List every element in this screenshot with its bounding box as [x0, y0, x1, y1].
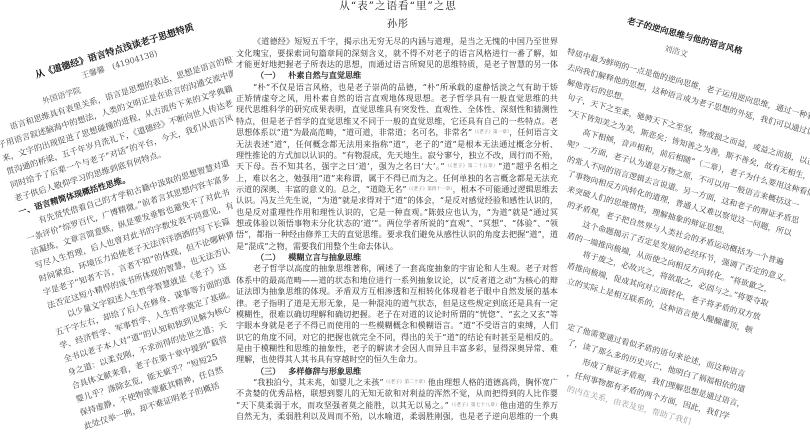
paragraph-line: 理解，也使得其人其书具有穿越时空的恒久生命力。: [236, 354, 558, 365]
paragraph-line: 老子哲学以高度的抽象思维著称，阐述了一套高度抽象的宇宙论和人生观。老子对哲学: [236, 263, 558, 274]
line-text: 理性推论的方式加以认识的。“有物混成，先天地生。寂兮寥兮，独立不改，周行而不殆，…: [236, 150, 558, 161]
paragraph-line: 是“混成”之物，需要我们用整个生命去体认。: [236, 241, 558, 252]
section-title: 朴素自然与直觉思维: [288, 70, 361, 80]
paragraph-line: 文化瑰宝，要探索词句篇章间的深刻含义，就不得不对老子的语言风格进行一番了解，如此: [236, 48, 558, 59]
paragraph-line: 天下母。吾不知其名，强字之曰‘道’，强为之名曰‘大’。”（《老子》第二十五章）“…: [236, 161, 558, 172]
paragraph-line: 上，难以名之，勉强用“道”来称谓，属于不得已而为之。任何单独的名言概念都是无法充…: [236, 173, 558, 184]
section-heading: （三）多样修辞与形象思维: [236, 366, 558, 377]
paragraph-line: 也是反对重理性作用和理性认识的，它是一种直观。”陈鼓应也认为，“为道”就是“通过…: [236, 207, 558, 218]
line-text: 不贪婪的优秀品格，联想到婴儿的无知无欲和对利益的浑然不觉，从而把得到的人比作婴孩…: [236, 388, 558, 399]
paragraph-line: 想或体验以领悟事物未分化状态的‘道’”。两位学者所说的“直观”、“冥想”、“体验…: [236, 218, 558, 229]
paragraph-line: 特点，但是老子哲学的直觉思维又不同于一般的直觉思维，它还具有自己的一些特点。老子: [236, 116, 558, 127]
line-text: “天下莫柔弱于水，而攻坚强者莫之能胜，以其无以易之。”: [236, 400, 449, 410]
line-text: 律。老子指明了道是无形无象，是一种混沌的道气状态，但是这些规定到底还是具有一定的: [236, 298, 558, 309]
paragraph-line: 示道的深奥、丰富的意义的。总之，“道隐无名”（《老子》第四十一章），根本不可能通…: [236, 184, 558, 195]
paragraph-line: “朴”不仅是语言风格，也是老子崇尚的品德，“朴”所承载的虚静恬淡之气有助于矫: [236, 82, 558, 93]
paragraph-line: 《道德经》短短五千字，揭示出无穷无尽的内涵与道理，是当之无愧的中国乃至世界的: [236, 36, 558, 47]
section-number: （三）: [256, 366, 280, 376]
center-doc-title: 从“表”之语看“里”之思: [233, 0, 563, 12]
paragraph-line: 自然无为，柔弱胜利以及周而不殆，以水喻道，柔弱胜刚强，也是老子逆向思维的一个典型: [236, 411, 558, 422]
section-heading: （一）朴素自然与直觉思维: [236, 70, 558, 81]
paragraph-line: 无法表述“道”，任何概念都无法用来指称“道”，老子的“道”是根本无法通过概念分析…: [236, 139, 558, 150]
paragraph-line: 理性推论的方式加以认识的。“有物混成，先天地生。寂兮寥兮，独立不改，周行而不殆，…: [236, 150, 558, 161]
line-text: 特点，但是老子哲学的直觉思维又不同于一般的直觉思维，它还具有自己的一些特点。老子: [236, 116, 558, 127]
paragraph-line: 律。老子指明了道是无形无象，是一种混沌的道气状态，但是这些规定到底还是具有一定的: [236, 298, 558, 309]
section-number: （一）: [256, 70, 280, 80]
line-text: “我独泊兮，其未兆，如婴儿之未孩”: [253, 377, 384, 387]
line-text: 识它的角度不同，对它的把握也就完全不同，得出的关于“道”的结论有时甚至是相反的。…: [236, 332, 558, 343]
paragraph-line: “天下莫柔弱于水，而攻坚强者莫之能胜，以其无以易之。”（《老子》第七十八章）他由…: [236, 400, 558, 411]
line-text: 示道的深奥、丰富的意义的。总之，“道隐无名”: [236, 184, 406, 194]
citation: （《老子》第二十五章）: [445, 164, 499, 169]
line-text: 悟”，都指一种经由修养工夫的直觉思维。要求我们避免从感性认识的角度去把握“道”，…: [236, 229, 558, 239]
line-text: “道”超乎名相之: [498, 161, 558, 171]
line-text: 也是反对重理性作用和理性认识的，它是一种直观。”陈鼓应也认为，“为道”就是“通过…: [236, 207, 558, 217]
line-text: 老子哲学以高度的抽象思维著称，阐述了一套高度抽象的宇宙论和人生观。老子对哲学: [253, 263, 558, 274]
line-text: 才能更好地把握老子所表达的思想，而通过语言所窥见的思维特质，是老子智慧的另一体现…: [236, 59, 558, 70]
line-text: “朴”不仅是语言风格，也是老子崇尚的品德，“朴”所承载的虚静恬淡之气有助于矫: [253, 82, 558, 92]
paragraph-line: 思想体系以“道”为最高范畴，“道可道，非常道；名可名，非常名”（《老子》第一章）…: [236, 127, 558, 138]
right-doc-author: 刘浩文: [662, 42, 689, 62]
paragraph-line: 识它的角度不同，对它的把握也就完全不同，得出的关于“道”的结论有时甚至是相反的。…: [236, 332, 558, 343]
paragraph-line: 现代思维科学的研究成果表明，直觉思维具有突发性、直观性、全体性、深刻性和猜测性等: [236, 104, 558, 115]
line-text: 天下母。吾不知其名，强字之曰‘道’，强为之名曰‘大’。”: [236, 161, 445, 171]
paragraph-line: 悟”，都指一种经由修养工夫的直觉思维。要求我们避免从感性认识的角度去把握“道”，…: [236, 229, 558, 240]
line-text: 自然无为，柔弱胜利以及周而不殆，以水喻道，柔弱胜刚强，也是老子逆向思维的一个典型: [236, 411, 558, 422]
paragraph-line: “我独泊兮，其未兆，如婴儿之未孩”（《老子》第二十章）他由理想人格的道德高尚，胸…: [236, 377, 558, 388]
citation: （《老子》第一章）: [472, 130, 509, 135]
paragraph-line: 模糊性，很难以确切理解和确切把握。老子在对道的议论时所谓的“恍惚”、“玄之又玄”…: [236, 309, 558, 320]
citation: （《老子》第四十一章）: [406, 187, 452, 192]
paragraph-line: 才能更好地把握老子所表达的思想，而通过语言所窥见的思维特质，是老子智慧的另一体现…: [236, 59, 558, 70]
citation: （《老子》第二十章）: [384, 380, 428, 385]
line-text: 是由于模糊性和思维的抽象性，老子的解读才会因人而异且丰富多彩，显得深奥异常、难以: [236, 343, 558, 354]
center-document: 从“表”之语看“里”之思 孙彤 《道德经》短短五千字，揭示出无穷无尽的内涵与道理…: [233, 0, 563, 443]
section-title: 模糊立言与抽象思维: [288, 252, 361, 262]
line-text: 是“混成”之物，需要我们用整个生命去体认。: [236, 241, 398, 251]
line-text: 思想体系以“道”为最高范畴，“道可道，非常道；名可名，非常名”: [236, 127, 472, 137]
center-doc-author: 孙彤: [233, 19, 563, 31]
paragraph-line: 字眼本身就是老子不得已而使用的一些模糊概念和模糊语言。“道”不受语言的束缚，人们…: [236, 320, 558, 331]
line-text: 字眼本身就是老子不得已而使用的一些模糊概念和模糊语言。“道”不受语言的束缚，人们…: [236, 320, 558, 331]
section-number: （二）: [256, 252, 280, 262]
line-text: 理解，也使得其人其书具有穿越时空的恒久生命力。: [236, 354, 422, 364]
line-text: 模糊性，很难以确切理解和确切把握。老子在对道的议论时所谓的“恍惚”、“玄之又玄”…: [236, 309, 558, 319]
line-text: 正矫情虚夸之风，用朴素自然的语言直观地体现思想。老子哲学具有一般直觉思维的共性，: [236, 93, 558, 104]
line-text: 现代思维科学的研究成果表明，直觉思维具有突发性、直观性、全体性、深刻性和猜测性等: [236, 104, 558, 115]
line-text: 想或体验以领悟事物未分化状态的‘道’”。两位学者所说的“直观”、“冥想”、“体验…: [236, 218, 558, 228]
paragraph-line: 正矫情虚夸之风，用朴素自然的语言直观地体现思想。老子哲学具有一般直觉思维的共性，: [236, 93, 558, 104]
center-doc-body: 《道德经》短短五千字，揭示出无穷无尽的内涵与道理，是当之无愧的中国乃至世界的文化…: [236, 36, 558, 422]
section-heading: （二）模糊立言与抽象思维: [236, 252, 558, 263]
paragraph-line: 证法即为抽象思维的体现。矛盾双方互相渗透和互相转化体现着老子眼中自然发展的基本规: [236, 286, 558, 297]
line-text: 无法表述“道”，任何概念都无法用来指称“道”，老子的“道”是根本无法通过概念分析…: [236, 139, 558, 149]
line-text: 上，难以名之，勉强用“道”来称谓，属于不得已而为之。任何单独的名言概念都是无法充…: [236, 173, 558, 184]
line-text: 文化瑰宝，要探索词句篇章间的深刻含义，就不得不对老子的语言风格进行一番了解，如此: [236, 48, 558, 59]
paragraph-line: 不贪婪的优秀品格，联想到婴儿的无知无欲和对利益的浑然不觉，从而把得到的人比作婴孩…: [236, 388, 558, 399]
line-text: 证法即为抽象思维的体现。矛盾双方互相渗透和互相转化体现着老子眼中自然发展的基本规: [236, 286, 558, 297]
line-text: 体系中的最高范畴——道的状态和地位进行一系列抽象议论，以“反者道之动”为核心的辩: [236, 275, 558, 285]
paragraph-line: 是由于模糊性和思维的抽象性，老子的解读才会因人而异且丰富多彩，显得深奥异常、难以: [236, 343, 558, 354]
line-text: 认识。冯友兰先生说，“为道”就是求得对于“道”的体会，“是反对感觉经验和感性认识…: [236, 195, 558, 205]
paragraph-line: 体系中的最高范畴——道的状态和地位进行一系列抽象议论，以“反者道之动”为核心的辩: [236, 275, 558, 286]
citation: （《老子》第七十八章）: [449, 403, 500, 408]
section-title: 多样修辞与形象思维: [288, 366, 361, 376]
paragraph-line: 认识。冯友兰先生说，“为道”就是求得对于“道”的体会，“是反对感觉经验和感性认识…: [236, 195, 558, 206]
line-text: 《道德经》短短五千字，揭示出无穷无尽的内涵与道理，是当之无愧的中国乃至世界的: [253, 36, 558, 47]
line-text: ，根本不可能通过逻辑思维去: [453, 184, 558, 194]
